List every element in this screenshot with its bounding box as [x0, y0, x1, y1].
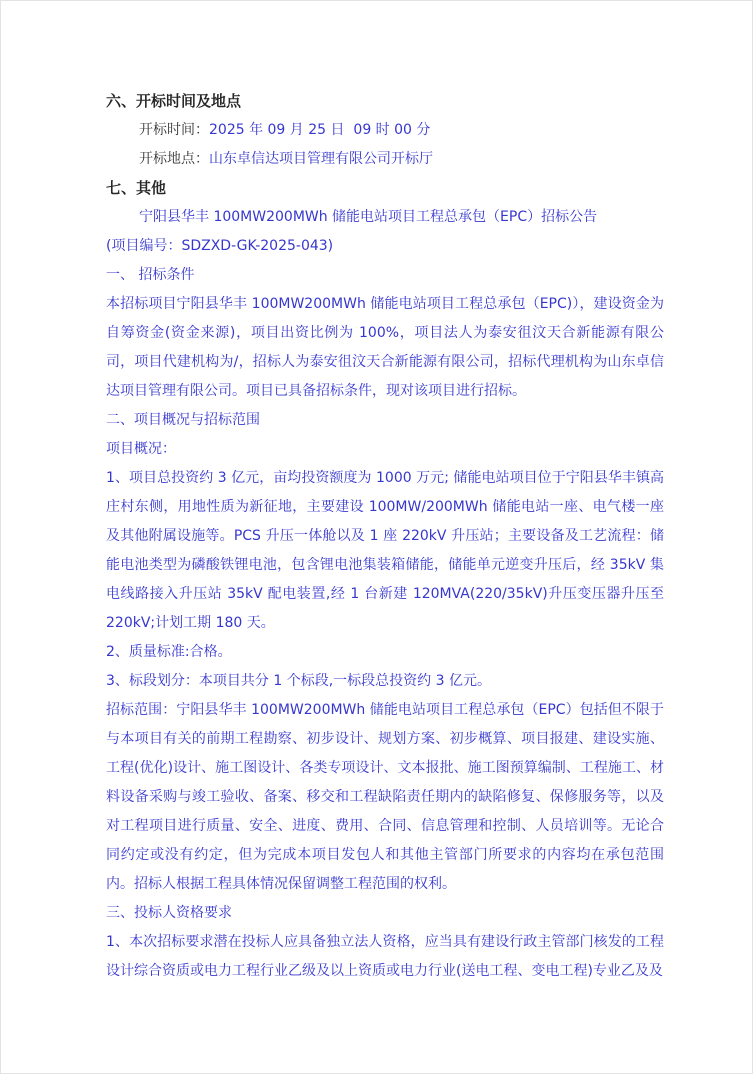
announcement-body: 宁阳县华丰 100MW200MWh 储能电站项目工程总承包（EPC）招标公告 (… [106, 203, 664, 986]
project-overview-label: 项目概况： [106, 435, 664, 464]
document-page: 六、开标时间及地点 开标时间：2025 年 09 月 25 日 09 时 00 … [0, 0, 753, 1074]
section-3-heading: 三、投标人资格要求 [106, 899, 664, 928]
overview-item-1: 1、项目总投资约 3 亿元，亩均投资额度为 1000 万元; 储能电站项目位于宁… [106, 464, 664, 638]
section-1-heading: 一、 招标条件 [106, 261, 664, 290]
opening-place-value: 山东卓信达项目管理有限公司开标厅 [209, 151, 433, 167]
bid-opening-time-line: 开标时间：2025 年 09 月 25 日 09 时 00 分 [106, 116, 664, 145]
opening-time-label: 开标时间： [139, 122, 209, 138]
announcement-title: 宁阳县华丰 100MW200MWh 储能电站项目工程总承包（EPC）招标公告 [106, 203, 664, 232]
section-2-heading: 二、项目概况与招标范围 [106, 406, 664, 435]
bidder-qualification-paragraph: 1、本次招标要求潜在投标人应具备独立法人资格，应当具有建设行政主管部门核发的工程… [106, 928, 664, 986]
tender-scope-paragraph: 招标范围：宁阳县华丰 100MW200MWh 储能电站项目工程总承包（EPC）包… [106, 696, 664, 899]
section-six-heading: 六、开标时间及地点 [106, 87, 664, 116]
project-number: (项目编号：SDZXD-GK-2025-043) [106, 232, 664, 261]
opening-time-value: 2025 年 09 月 25 日 09 时 00 分 [209, 122, 430, 138]
bid-opening-place-line: 开标地点：山东卓信达项目管理有限公司开标厅 [106, 145, 664, 174]
section-seven-heading: 七、其他 [106, 174, 664, 203]
opening-place-label: 开标地点： [139, 151, 209, 167]
overview-item-3: 3、标段划分：本项目共分 1 个标段,一标段总投资约 3 亿元。 [106, 667, 664, 696]
tender-conditions-paragraph: 本招标项目宁阳县华丰 100MW200MWh 储能电站项目工程总承包（EPC)）… [106, 290, 664, 406]
document-content: 六、开标时间及地点 开标时间：2025 年 09 月 25 日 09 时 00 … [106, 87, 664, 986]
overview-item-2: 2、质量标准:合格。 [106, 638, 664, 667]
